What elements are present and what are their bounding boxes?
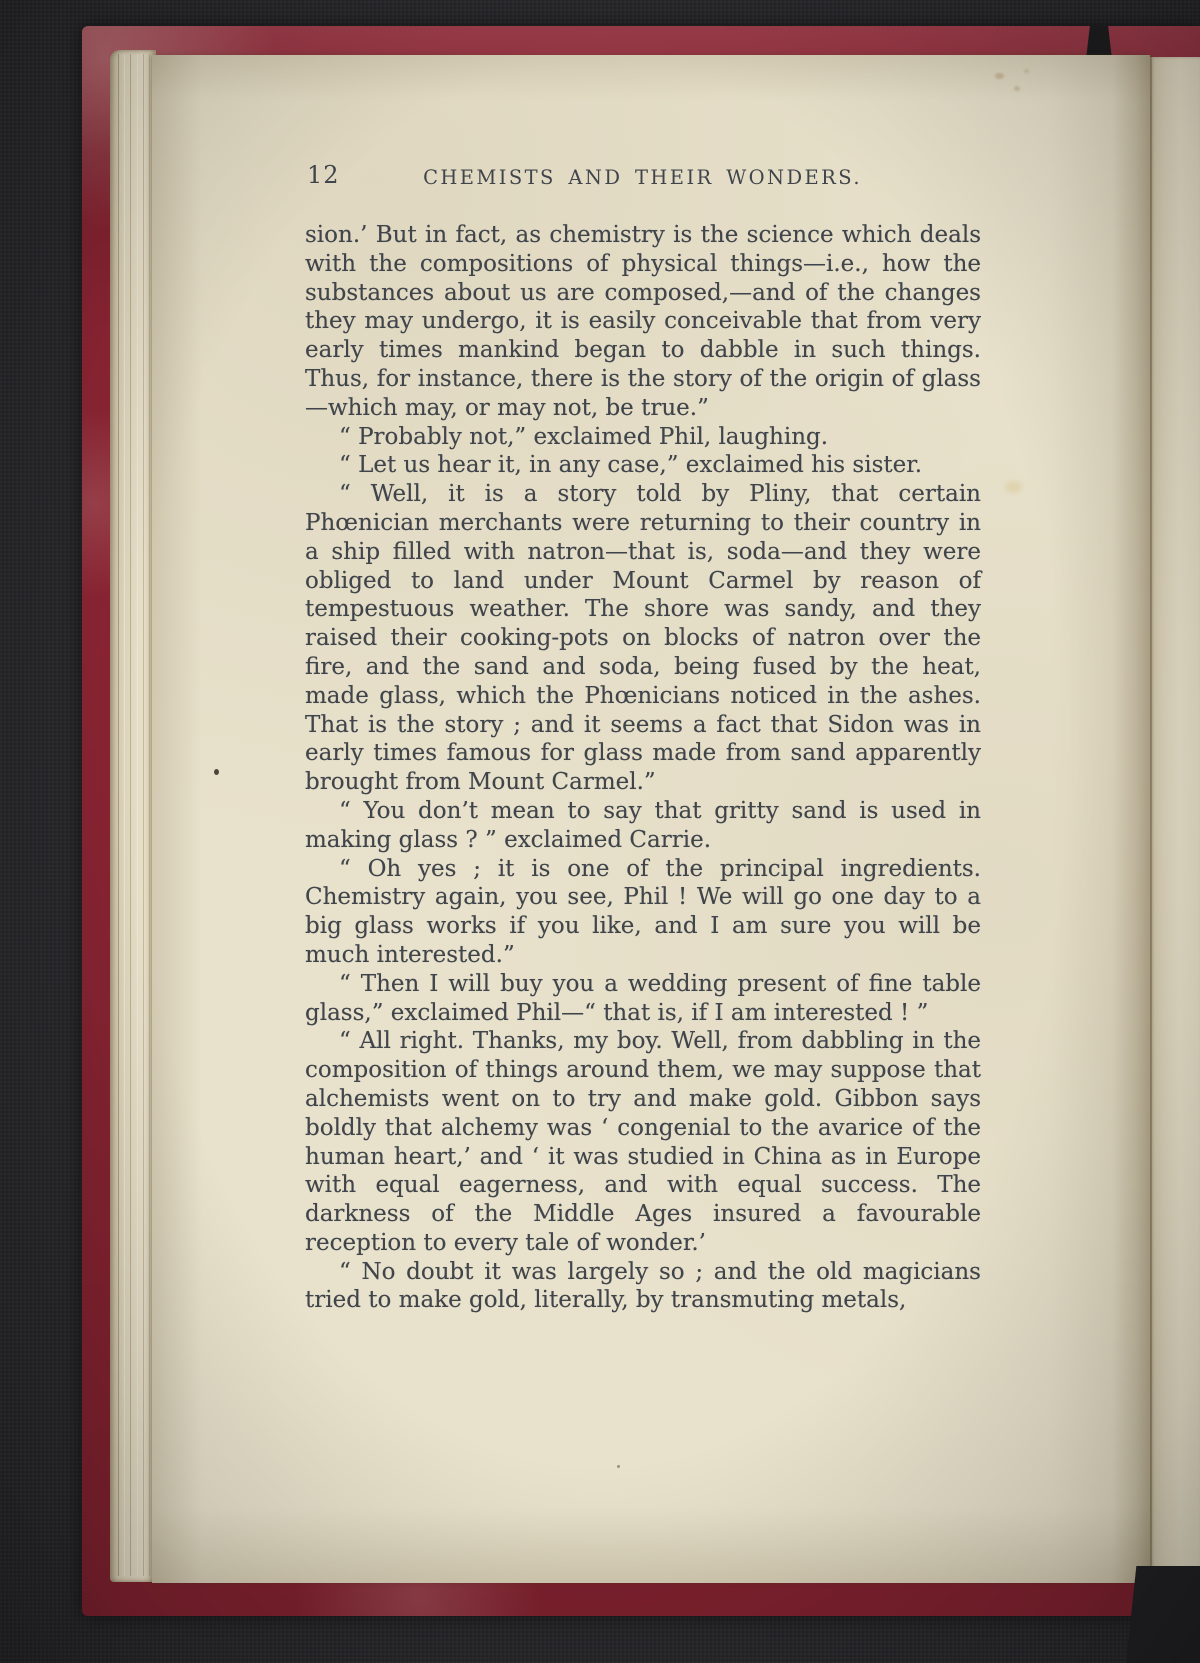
paper-stain [1024,69,1029,73]
page-header: 12 CHEMISTS AND THEIR WONDERS. [305,159,980,203]
page-number: 12 [307,161,340,189]
page-stack-edges [110,50,156,1582]
paragraph: “ Then I will buy you a wedding present … [305,970,981,1028]
paper-speck [617,1465,620,1468]
running-header: CHEMISTS AND THEIR WONDERS. [305,159,980,189]
book-page: 12 CHEMISTS AND THEIR WONDERS. sion.’ Bu… [152,55,1150,1583]
paragraph: “ Well, it is a story told by Pliny, tha… [305,480,981,797]
photo-background: 12 CHEMISTS AND THEIR WONDERS. sion.’ Bu… [0,0,1200,1663]
page-edge-line [143,54,144,1576]
fabric-overlap-corner [1126,1566,1200,1663]
paragraph: “ You don’t mean to say that gritty sand… [305,797,981,855]
paragraph: “ All right. Thanks, my boy. Well, from … [305,1027,981,1257]
page-edge-line [137,54,138,1576]
page-edge-line [118,54,119,1576]
paragraph: “ No doubt it was largely so ; and the o… [305,1258,981,1316]
page-edge-line [124,54,125,1576]
paragraph: “ Let us hear it, in any case,” exclaime… [305,451,981,480]
paragraph: sion.’ But in fact, as chemistry is the … [305,221,981,423]
paragraph: “ Probably not,” exclaimed Phil, laughin… [305,423,981,452]
paper-stain [1014,86,1020,91]
paper-stain [1005,481,1022,493]
page-edge-line [149,54,150,1576]
next-page-edge [1150,57,1200,1575]
page-edge-line [130,54,131,1576]
paper-stain [995,73,1004,79]
paper-speck [214,769,219,775]
paragraph: “ Oh yes ; it is one of the principal in… [305,855,981,970]
page-body: sion.’ But in fact, as chemistry is the … [305,221,981,1315]
